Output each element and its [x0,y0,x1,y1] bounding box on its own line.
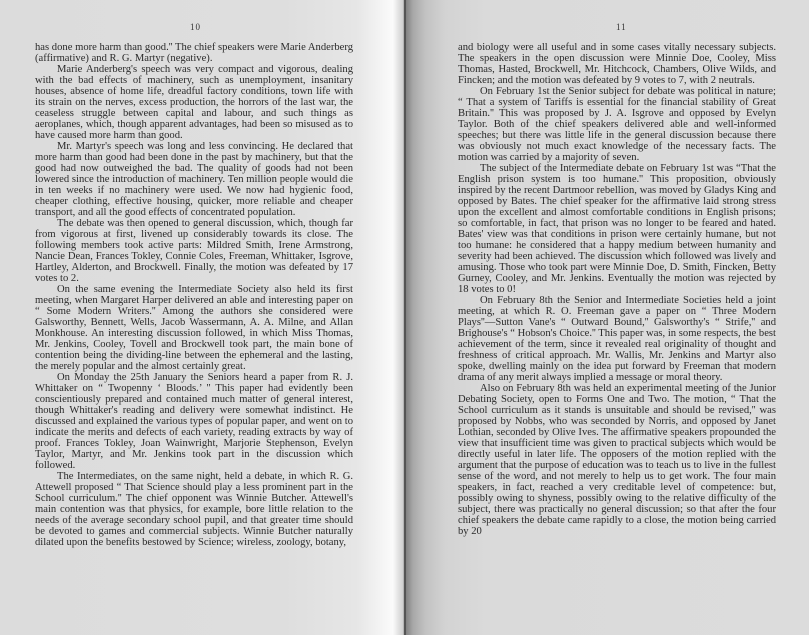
paragraph: The subject of the Intermediate debate o… [458,163,776,295]
paragraph: Mr. Martyr's speech was long and less co… [35,141,353,218]
page-body-text: has done more harm than good.'' The chie… [35,42,353,548]
paragraph: On February 1st the Senior subject for d… [458,86,776,163]
page-number: 10 [190,22,201,32]
page-number: 11 [616,22,627,32]
paragraph: The Intermediates, on the same night, he… [35,471,353,548]
paragraph: Also on February 8th was held an experim… [458,383,776,537]
left-page: 10 has done more harm than good.'' The c… [0,0,405,635]
right-page: 11 and biology were all useful and in so… [405,0,809,635]
paragraph: and biology were all useful and in some … [458,42,776,86]
paragraph: has done more harm than good.'' The chie… [35,42,353,64]
page-body-text: and biology were all useful and in some … [458,42,776,537]
paragraph: On the same evening the Intermediate Soc… [35,284,353,372]
paragraph: On Monday the 25th January the Seniors h… [35,372,353,471]
paragraph: On February 8th the Senior and Intermedi… [458,295,776,383]
paragraph: Marie Anderberg's speech was very compac… [35,64,353,141]
book-spine-gutter [404,0,406,635]
paragraph: The debate was then opened to general di… [35,218,353,284]
